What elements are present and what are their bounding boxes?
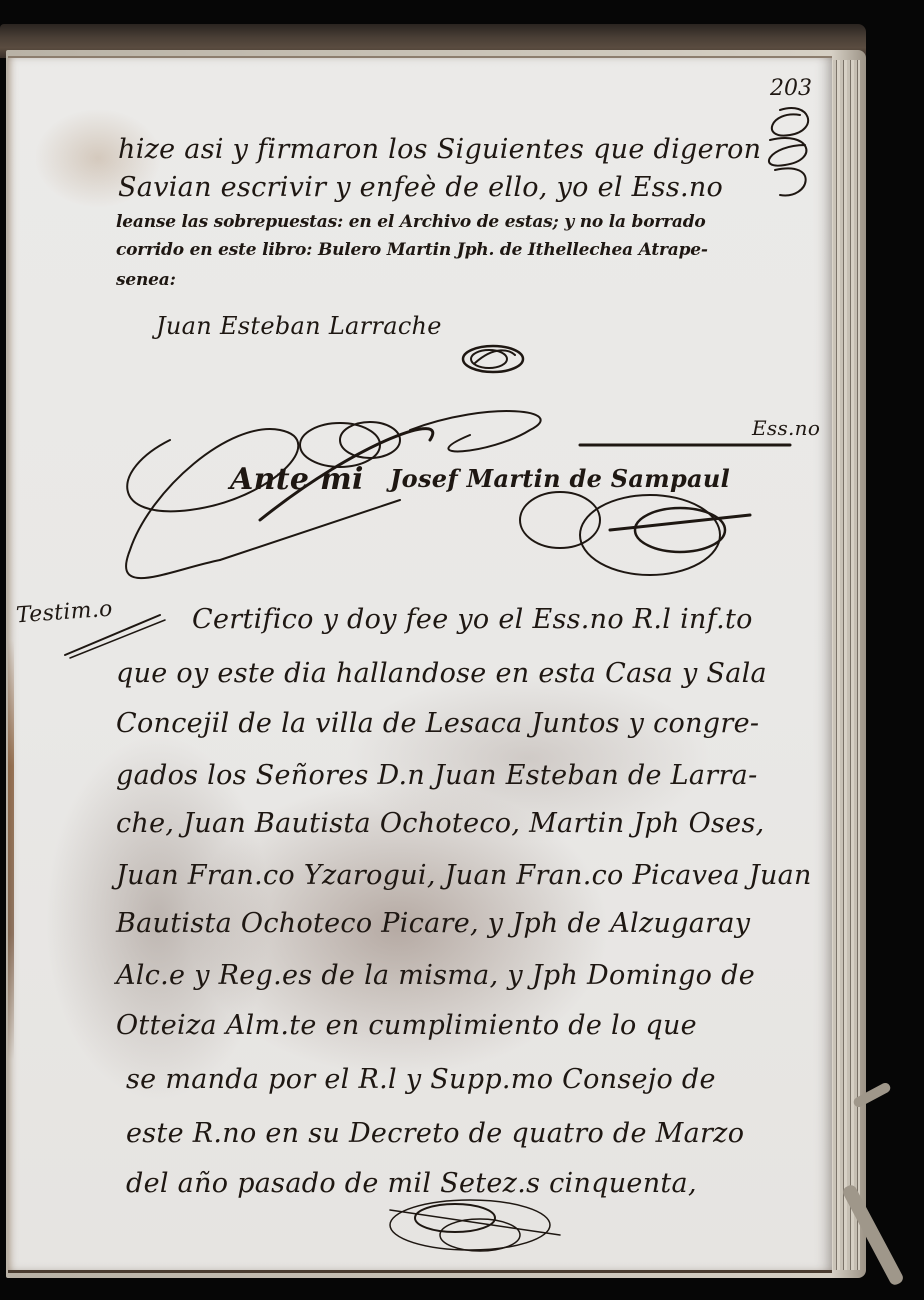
text-line: Bautista Ochoteco Picare, y Jph de Alzug… (116, 908, 750, 939)
text-line: senea: (116, 270, 176, 290)
signature-rubric (455, 335, 535, 385)
text-line: gados los Señores D.n Juan Esteban de La… (116, 760, 758, 791)
margin-note-flourish (60, 600, 170, 660)
signature-ante-mi: Ante mi (230, 462, 364, 497)
text-line: hize asi y firmaron los Siguientes que d… (118, 134, 761, 165)
text-line: Certifico y doy fee yo el Ess.no R.l inf… (192, 604, 753, 635)
text-line: Alc.e y Reg.es de la misma, y Jph Doming… (116, 960, 755, 991)
spine-rust-stain (8, 640, 14, 1060)
bottom-rubric (370, 1190, 580, 1260)
notary-signature-flourish (110, 400, 830, 590)
text-line: que oy este dia hallandose en esta Casa … (116, 658, 767, 689)
text-line: Otteiza Alm.te en cumplimiento de lo que (116, 1010, 697, 1041)
text-line: che, Juan Bautista Ochoteco, Martin Jph … (116, 808, 765, 839)
signature-title-escribano: Ess.no (752, 416, 820, 440)
text-line: se manda por el R.l y Supp.mo Consejo de (126, 1064, 716, 1095)
text-line: Concejil de la villa de Lesaca Juntos y … (116, 708, 759, 739)
signature-josef-martin-de-sampaul: Josef Martin de Sampaul (390, 464, 730, 493)
text-line: Savian escrivir y enfeè de ello, yo el E… (118, 172, 723, 203)
text-line: Juan Fran.co Yzarogui, Juan Fran.co Pica… (116, 860, 812, 891)
text-line: corrido en este libro: Bulero Martin Jph… (116, 240, 708, 260)
text-line: este R.no en su Decreto de quatro de Mar… (126, 1118, 744, 1149)
signature-juan-esteban-larrache: Juan Esteban Larrache (156, 312, 442, 340)
rubric-flourish-right (750, 90, 830, 220)
text-line: leanse las sobrepuestas: en el Archivo d… (116, 212, 706, 232)
